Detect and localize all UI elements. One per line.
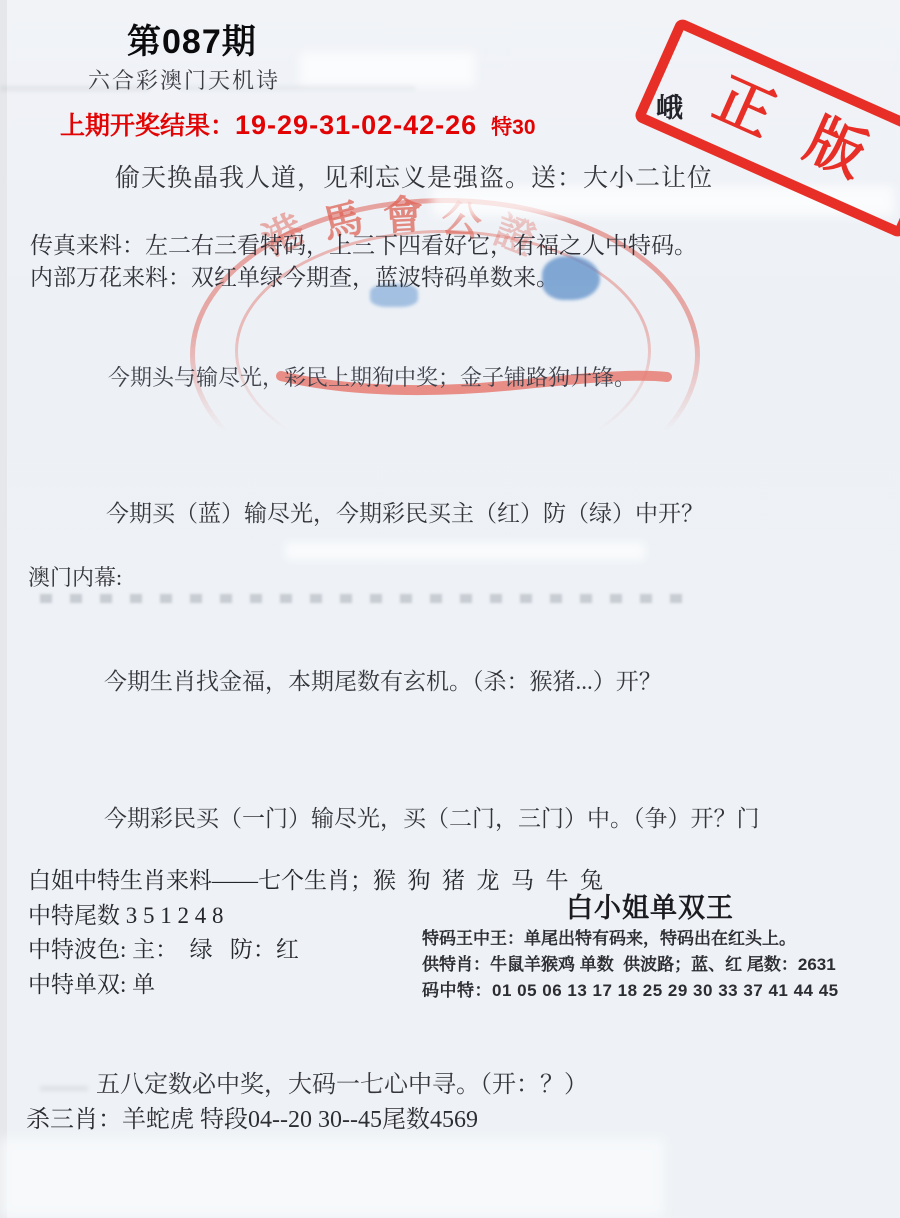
stamp-char-zheng: 正 — [706, 69, 783, 146]
subtitle: 六合彩澳门天机诗 — [88, 64, 280, 95]
closing-poem-line: 五八定数必中奖，大码一七心中寻。（开：？） — [96, 1064, 588, 1099]
wang-line-3: 码中特：01 05 06 13 17 18 25 29 30 33 37 41 … — [422, 976, 839, 1001]
wang-line-2: 供特肖：牛鼠羊猴鸡 单数 供波路；蓝、红 尾数：2631 — [422, 950, 836, 975]
color-tip-line: 今期买（蓝）输尽光，今期彩民买主（红）防（绿）中开？ — [106, 495, 704, 528]
paper-light-patch — [0, 1138, 665, 1218]
result-special-number: 特30 — [491, 111, 535, 141]
zodiac-tip-line: 今期生肖找金福，本期尾数有玄机。（杀：猴猪...）开？ — [104, 663, 662, 696]
erased-patch — [285, 542, 645, 560]
erased-text-remnants — [40, 594, 688, 603]
gate-tip-line: 今期彩民买（一门）输尽光，买（二门，三门）中。（争）开？门 — [104, 800, 760, 833]
fax-tip-line: 传真来料：左二右三看特码，上三下四看好它，有福之人中特码。 — [30, 227, 697, 260]
wang-title: 白小姐单双王 — [566, 886, 734, 925]
scanned-lottery-sheet: 港 馬 會 公 證 第087期 六合彩澳门天机诗 上期开奖结果： 19-29-3… — [0, 0, 900, 1218]
baijie-oddeven-line: 中特单双: 单 — [28, 966, 155, 999]
result-label: 上期开奖结果： — [60, 106, 235, 142]
internal-tip-line: 内部万花来料：双红单绿今期查，蓝波特码单数来。 — [30, 259, 559, 292]
issue-title: 第087期 — [127, 14, 257, 63]
stamp-char-ban: 版 — [797, 110, 874, 187]
insider-label: 澳门内幕: — [28, 561, 122, 592]
scan-smudge — [40, 1086, 88, 1091]
kill-three-zodiac-line: 杀三肖：羊蛇虎 特段04--20 30--45尾数4569 — [26, 1099, 478, 1134]
poem-line: 偷天换晶我人道，见利忘义是强盗。送：大小二让位 — [115, 158, 713, 194]
erased-patch — [300, 52, 475, 86]
result-numbers: 19-29-31-02-42-26 — [235, 110, 477, 141]
baijie-wave-line: 中特波色: 主： 绿 防：红 — [28, 931, 299, 964]
wang-line-1: 特码王中王：单尾出特有码来，特码出在红头上。 — [422, 924, 796, 949]
baijie-zodiac-line: 白姐中特生肖来料——七个生肖；猴 狗 猪 龙 马 牛 兔 — [28, 862, 603, 895]
head-tip-line: 今期头与输尽光，彩民上期狗中奖；金子铺路狗廾锋。 — [108, 361, 636, 392]
previous-result-line: 上期开奖结果： 19-29-31-02-42-26 特30 — [60, 106, 536, 142]
baijie-tail-line: 中特尾数 3 5 1 2 4 8 — [28, 897, 224, 930]
paper-edge-strip — [0, 0, 7, 1218]
